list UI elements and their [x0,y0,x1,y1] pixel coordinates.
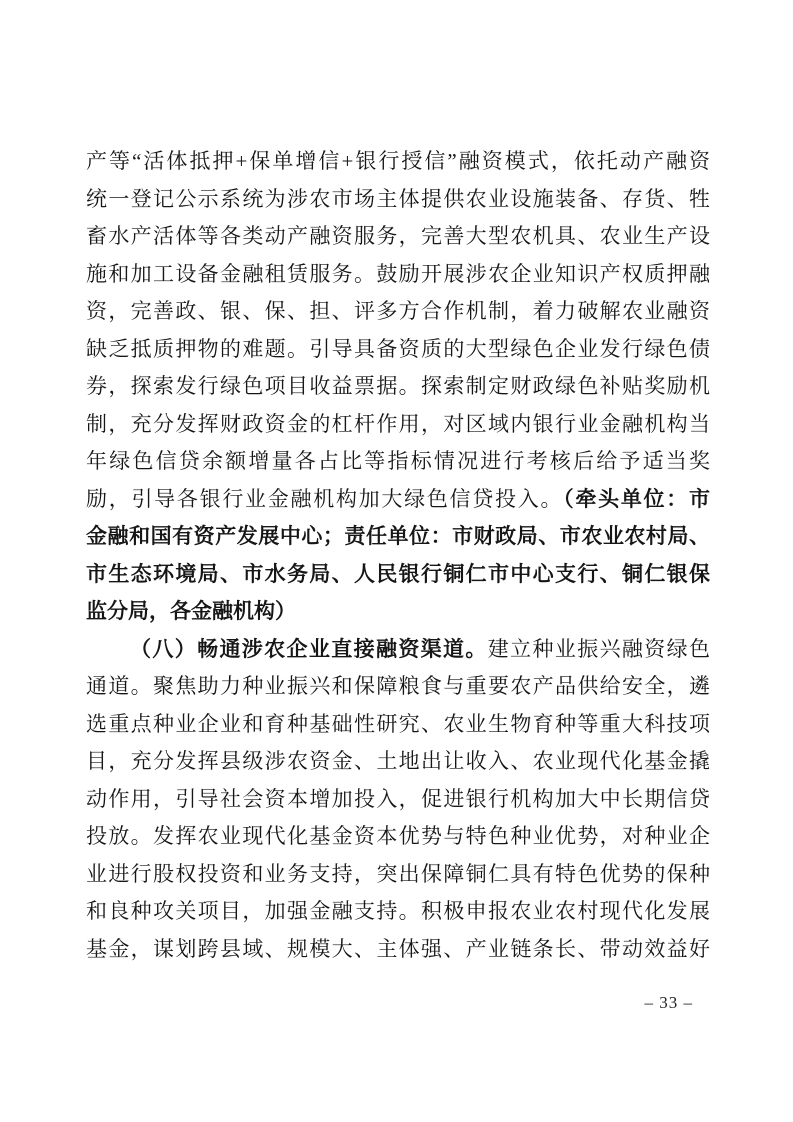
line-text: 目，充分发挥县级涉农资金、土地出让收入、农业现代化基金撬 [86,749,710,773]
text-line: 通道。聚焦助力种业振兴和保障粮食与重要农产品供给安全，遴 [86,668,710,706]
body-text: 产等“活体抵押+保单增信+银行授信”融资模式，依托动产融资 统一登记公示系统为涉… [86,143,710,968]
line-text: 统一登记公示系统为涉农市场主体提供农业设施装备、存货、牲 [86,187,710,211]
line-text: 券，探索发行绿色项目收益票据。探索制定财政绿色补贴奖励机 [86,374,710,398]
line-text: 选重点种业企业和育种基础性研究、农业生物育种等重大科技项 [86,712,710,736]
lead-unit-label: 金融和国有资产发展中心；责任单位：市财政局、市农业农村局、 [86,525,710,548]
text-line: 券，探索发行绿色项目收益票据。探索制定财政绿色补贴奖励机 [86,368,710,406]
text-line: 金融和国有资产发展中心；责任单位：市财政局、市农业农村局、 [86,518,710,556]
line-text: 资，完善政、银、保、担、评多方合作机制，着力破解农业融资 [86,299,710,323]
text-line: 产等“活体抵押+保单增信+银行授信”融资模式，依托动产融资 [86,143,710,181]
line-text: 畜水产活体等各类动产融资服务，完善大型农机具、农业生产设 [86,224,710,248]
line-text: 产等“活体抵押+保单增信+银行授信”融资模式，依托动产融资 [86,149,710,173]
line-text: 业进行股权投资和业务支持，突出保障铜仁具有特色优势的保种 [86,862,710,886]
text-line: 市生态环境局、市水务局、人民银行铜仁市中心支行、铜仁银保 [86,556,710,594]
text-line: 畜水产活体等各类动产融资服务，完善大型农机具、农业生产设 [86,218,710,256]
line-text: 投放。发挥农业现代化基金资本优势与特色种业优势，对种业企 [86,824,710,848]
lead-unit-label: 监分局，各金融机构） [86,600,296,623]
line-text: 动作用，引导社会资本增加投入，促进银行机构加大中长期信贷 [86,787,710,811]
line-text: 施和加工设备金融租赁服务。鼓励开展涉农企业知识产权质押融 [86,262,710,286]
text-line: 目，充分发挥县级涉农资金、土地出让收入、农业现代化基金撬 [86,743,710,781]
text-line: 业进行股权投资和业务支持，突出保障铜仁具有特色优势的保种 [86,856,710,894]
line-text: 缺乏抵质押物的难题。引导具备资质的大型绿色企业发行绿色债 [86,337,710,361]
section-heading: （八）畅通涉农企业直接融资渠道。 [130,637,488,661]
line-text: 和良种攻关项目，加强金融支持。积极申报农业农村现代化发展 [86,899,710,923]
lead-unit-label: （牵头单位：市 [563,488,710,511]
text-line: 资，完善政、银、保、担、评多方合作机制，着力破解农业融资 [86,293,710,331]
line-text: 建立种业振兴融资绿色 [488,637,710,661]
line-text: 通道。聚焦助力种业振兴和保障粮食与重要农产品供给安全，遴 [86,674,710,698]
text-line: 缺乏抵质押物的难题。引导具备资质的大型绿色企业发行绿色债 [86,331,710,369]
line-text: 励，引导各银行业金融机构加大绿色信贷投入。 [86,487,563,511]
lead-unit-label: 市生态环境局、市水务局、人民银行铜仁市中心支行、铜仁银保 [86,563,710,586]
text-line: 选重点种业企业和育种基础性研究、农业生物育种等重大科技项 [86,706,710,744]
line-text: 年绿色信贷余额增量各占比等指标情况进行考核后给予适当奖 [86,449,710,473]
text-line: 动作用，引导社会资本增加投入，促进银行机构加大中长期信贷 [86,781,710,819]
text-line: 统一登记公示系统为涉农市场主体提供农业设施装备、存货、牲 [86,181,710,219]
text-line: 监分局，各金融机构） [86,593,710,631]
text-line: 年绿色信贷余额增量各占比等指标情况进行考核后给予适当奖 [86,443,710,481]
text-line: 基金，谋划跨县域、规模大、主体强、产业链条长、带动效益好 [86,931,710,969]
text-line: （八）畅通涉农企业直接融资渠道。建立种业振兴融资绿色 [86,631,710,669]
document-page: 产等“活体抵押+保单增信+银行授信”融资模式，依托动产融资 统一登记公示系统为涉… [0,0,793,1122]
text-line: 制，充分发挥财政资金的杠杆作用，对区域内银行业金融机构当 [86,406,710,444]
text-line: 励，引导各银行业金融机构加大绿色信贷投入。（牵头单位：市 [86,481,710,519]
text-line: 施和加工设备金融租赁服务。鼓励开展涉农企业知识产权质押融 [86,256,710,294]
text-line: 和良种攻关项目，加强金融支持。积极申报农业农村现代化发展 [86,893,710,931]
text-line: 投放。发挥农业现代化基金资本优势与特色种业优势，对种业企 [86,818,710,856]
line-text: 基金，谋划跨县域、规模大、主体强、产业链条长、带动效益好 [86,937,710,961]
page-number: – 33 – [645,993,694,1013]
line-text: 制，充分发挥财政资金的杠杆作用，对区域内银行业金融机构当 [86,412,710,436]
